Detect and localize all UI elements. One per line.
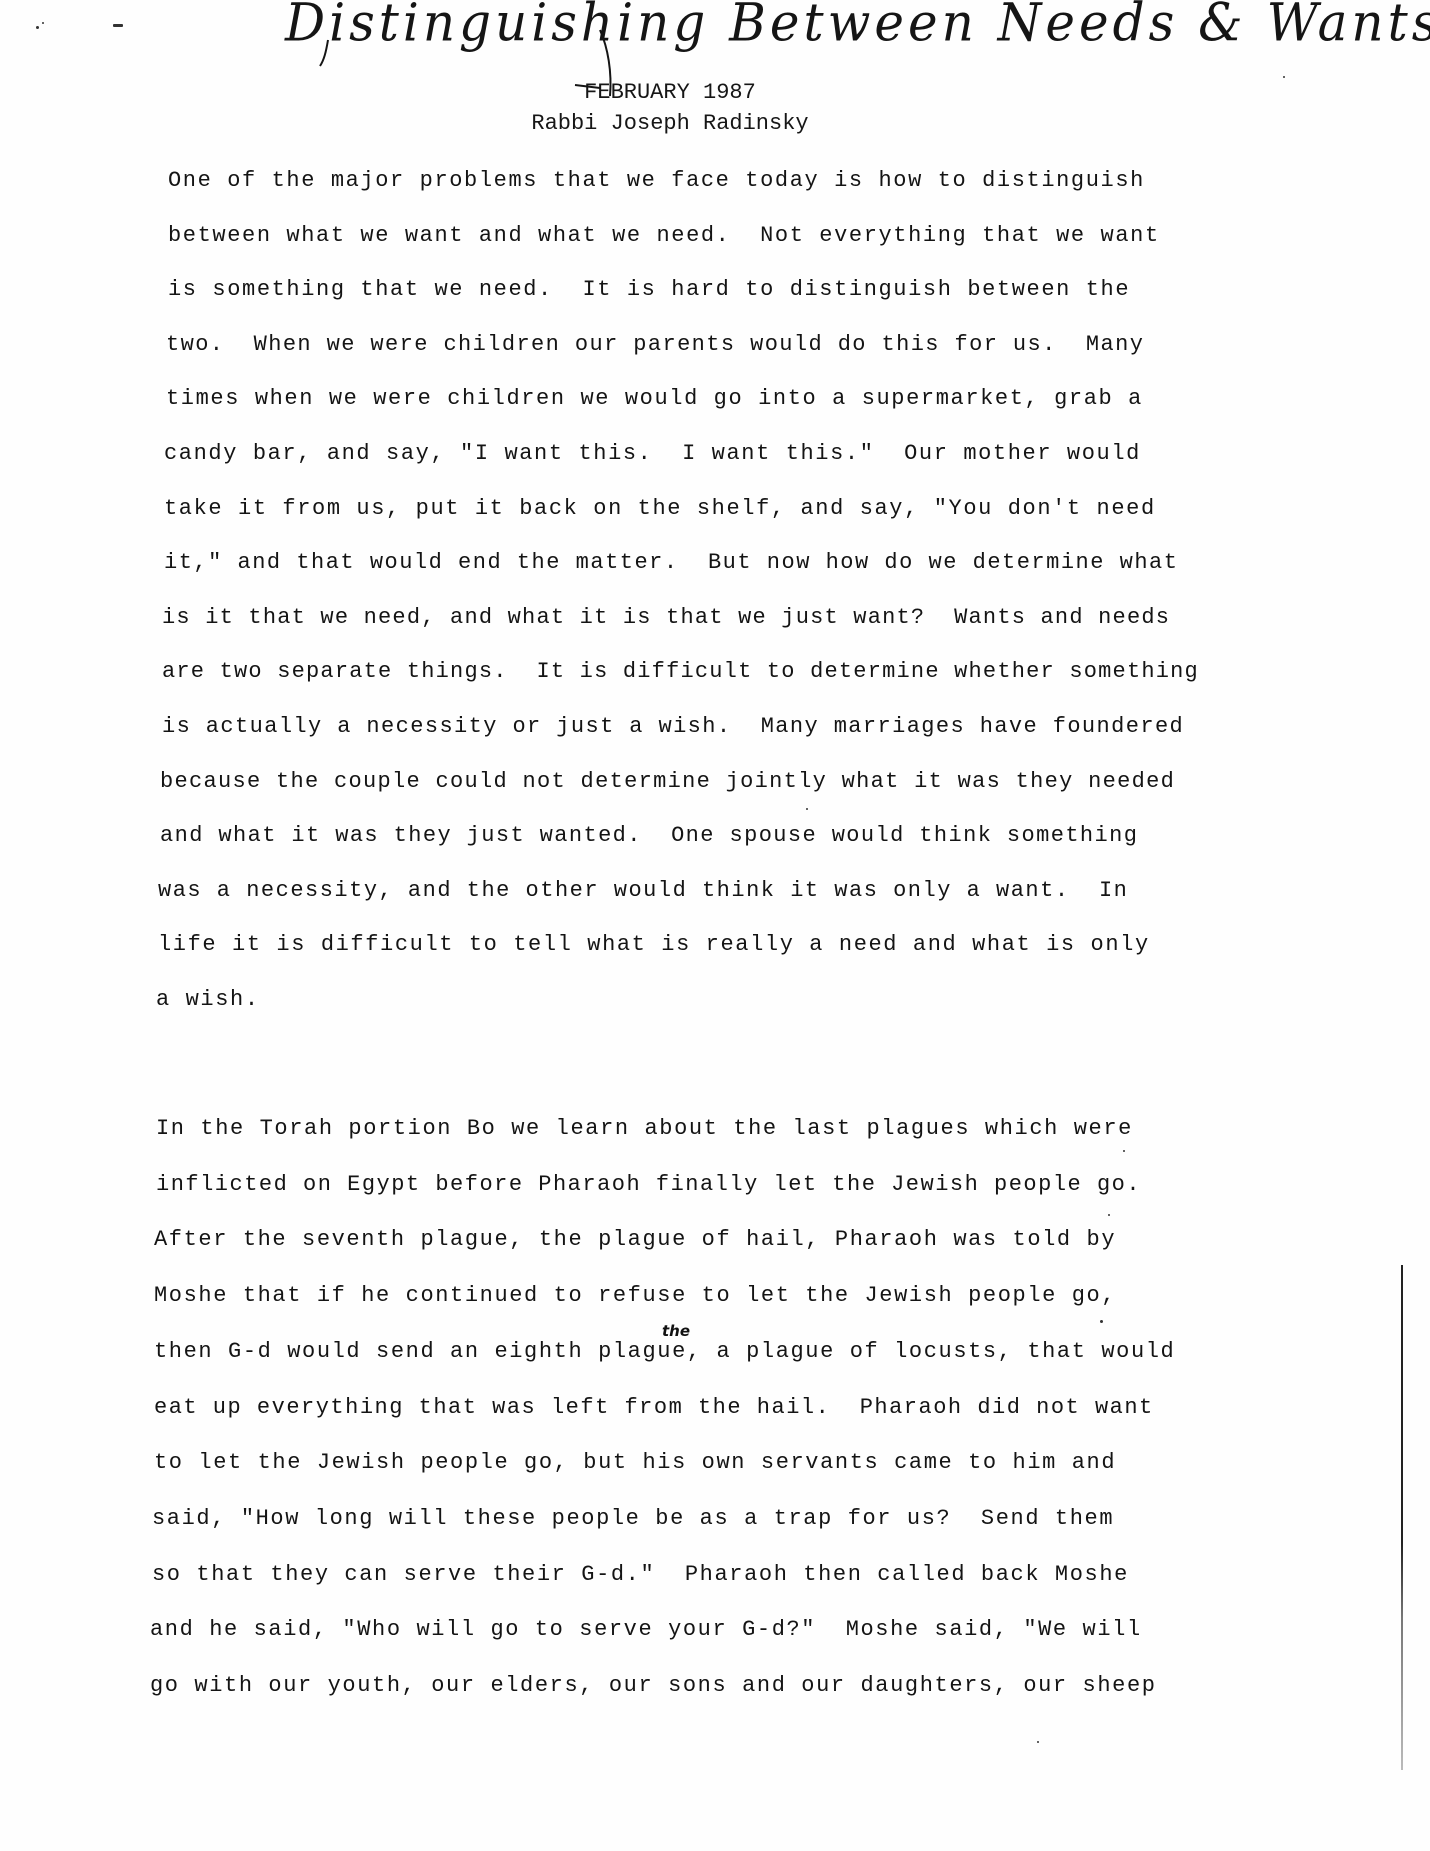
scan-speck [1283,76,1285,78]
scan-speck [1037,1741,1039,1743]
document-date: FEBRUARY 1987 [0,80,1340,105]
text-line: candy bar, and say, "I want this. I want… [164,441,1141,467]
scan-edge-mark [1401,1265,1403,1770]
handwritten-insertion: the [662,1322,690,1340]
scan-speck [1108,1214,1110,1216]
text-line: a wish. [156,987,260,1013]
handwritten-title: Distinguishing Between Needs & Wants [285,0,1165,53]
text-line: two. When we were children our parents w… [166,332,1144,358]
text-line: times when we were children we would go … [166,386,1143,412]
text-line: so that they can serve their G-d." Phara… [152,1562,1129,1588]
scan-speck [113,24,123,27]
text-line: In the Torah portion Bo we learn about t… [156,1116,1133,1142]
scanned-document-page: Distinguishing Between Needs & Wants FEB… [0,0,1430,1851]
text-line: and he said, "Who will go to serve your … [150,1617,1142,1643]
text-line: are two separate things. It is difficult… [162,659,1199,685]
text-line: between what we want and what we need. N… [168,223,1160,249]
text-line: eat up everything that was left from the… [154,1395,1154,1421]
text-line: was a necessity, and the other would thi… [158,878,1128,904]
scan-speck [36,26,39,29]
text-line: it," and that would end the matter. But … [164,550,1178,576]
text-line: One of the major problems that we face t… [168,168,1145,194]
text-line: inflicted on Egypt before Pharaoh finall… [156,1172,1141,1198]
scan-speck [1123,1150,1125,1152]
text-line: Moshe that if he continued to refuse to … [154,1283,1116,1309]
text-line: life it is difficult to tell what is rea… [158,932,1150,958]
scan-speck [806,808,808,810]
scan-speck [42,22,44,24]
text-line: is it that we need, and what it is that … [162,605,1170,631]
text-line: said, "How long will these people be as … [152,1506,1114,1532]
text-line: is actually a necessity or just a wish. … [162,714,1184,740]
scan-speck [1100,1320,1103,1323]
text-line: to let the Jewish people go, but his own… [154,1450,1116,1476]
text-line: because the couple could not determine j… [160,769,1175,795]
text-line: take it from us, put it back on the shel… [164,496,1156,522]
text-line: then G-d would send an eighth plague, a … [154,1339,1175,1365]
text-line: After the seventh plague, the plague of … [154,1227,1116,1253]
document-author: Rabbi Joseph Radinsky [0,111,1340,136]
text-line: is something that we need. It is hard to… [168,277,1130,303]
text-line: go with our youth, our elders, our sons … [150,1673,1157,1699]
text-line: and what it was they just wanted. One sp… [160,823,1138,849]
